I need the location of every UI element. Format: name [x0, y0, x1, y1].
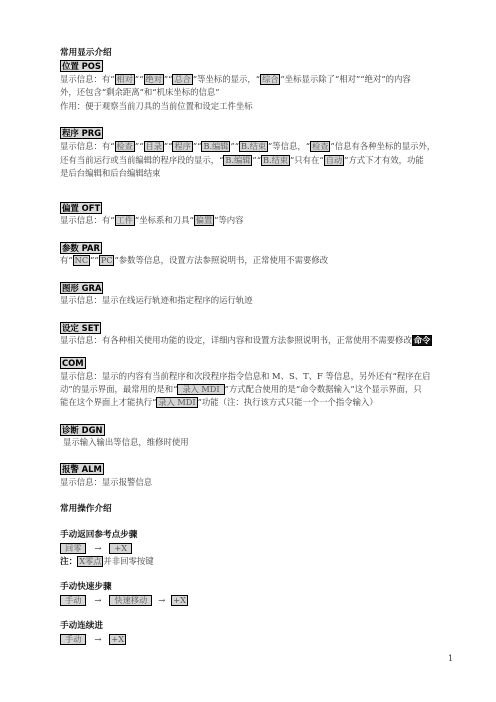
key-program: 程序: [172, 141, 192, 152]
header-gra: 图形 GRA: [60, 282, 103, 294]
key-plus-x: +X: [171, 595, 188, 606]
key-total: 总合: [172, 74, 192, 85]
key-manual: 手动: [60, 595, 86, 606]
header-set: 设定 SET: [60, 322, 101, 334]
key-offset: 偏置: [194, 215, 214, 226]
header-com: COM: [60, 357, 86, 369]
header-oft: 偏置 OFT: [60, 202, 102, 214]
com-line-1: 显示信息：显示的内容有当前程序和次段程序指令信息和 M、S、T、F 等信息，另外…: [60, 370, 430, 382]
com-line-3: 能在这个界面上才能执行“录入 MDI”功能（注：执行该方式只能一个一个指令输入）: [60, 396, 378, 408]
op2-title: 手动快速步骤: [60, 581, 112, 593]
arrow-right-icon: →: [94, 633, 101, 645]
key-plus-x: +X: [109, 543, 132, 554]
pos-line-3: 作用：便于观察当前刀具的当前位置和设定工件坐标: [60, 100, 253, 112]
key-nc: NC: [73, 255, 90, 266]
page-number: 1: [448, 654, 453, 663]
header-prg: 程序 PRG: [60, 127, 103, 139]
key-auto: 自动: [324, 155, 344, 166]
key-b-edit: B.编辑: [223, 155, 252, 166]
key-mdi-input: 录入 MDI: [156, 397, 197, 408]
key-command: 命令: [412, 335, 432, 346]
key-rapid-move: 快速移动: [109, 595, 152, 606]
par-line-1: 有“NC”“PC”参数等信息，设置方法参照说明书，正常使用不需要修改: [60, 254, 328, 266]
key-b-end: B.结束: [261, 155, 290, 166]
set-line-1: 显示信息：有各种相关使用功能的设定，详细内容和设置方法参照说明书，正常使用不需要…: [60, 334, 432, 346]
arrow-right-icon: →: [94, 594, 101, 606]
arrow-right-icon: →: [158, 594, 165, 606]
dgn-line-1: 显示输入输出等信息，维修时使用: [63, 436, 189, 448]
section-title-operations: 常用操作介绍: [60, 503, 112, 515]
header-dgn: 诊断 DGN: [60, 424, 105, 436]
gra-line-1: 显示信息：显示在线运行轨迹和指定程序的运行轨迹: [60, 294, 253, 306]
key-b-edit: B.编辑: [201, 141, 230, 152]
key-directory: 目录: [144, 141, 164, 152]
op3-keys: 手动→+X: [60, 633, 126, 645]
key-workpiece: 工件: [115, 215, 135, 226]
alm-line-1: 显示信息：显示报警信息: [60, 476, 152, 488]
header-alm: 报警 ALM: [60, 463, 104, 475]
key-check: 检查: [115, 141, 135, 152]
key-pc: PC: [99, 255, 115, 266]
com-line-2: 动”的显示界面，最常用的是和“录入 MDI”方式配合使用的是“命令数据输入”这个…: [60, 383, 422, 395]
prg-line-2: 还有当前运行或当前编辑的程序段的显示，“B.编辑”“B.结束”只有在“自动”方式…: [60, 154, 424, 166]
op3-title: 手动连续进: [60, 620, 103, 632]
key-mdi-input: 录入 MDI: [177, 384, 224, 395]
key-manual: 手动: [60, 634, 86, 645]
arrow-right-icon: →: [94, 542, 101, 554]
key-plus-x: +X: [109, 634, 126, 645]
section-title-display: 常用显示介绍: [60, 47, 112, 59]
key-relative: 相对: [115, 74, 135, 85]
pos-line-2: 外，还包含“剩余距离”和“机床坐标的信息”: [60, 86, 220, 98]
oft-line-1: 显示信息：有“工件”坐标系和刀具“偏置”等内容: [60, 214, 244, 226]
header-par: 参数 PAR: [60, 242, 102, 254]
header-pos: 位置 POS: [60, 60, 103, 72]
prg-line-1: 显示信息：有“检查”“目录”“程序”“B.编辑”“B.结束”等信息，“检查”信息…: [60, 140, 435, 152]
pos-line-1: 显示信息：有“相对”“绝对”“总合”等坐标的显示，“综合”坐标显示除了“相对”“…: [60, 73, 411, 85]
key-x-zero: X零点: [77, 556, 103, 567]
key-b-end: B.结束: [239, 141, 268, 152]
key-overall: 综合: [260, 74, 280, 85]
prg-line-3: 是后台编辑和后台编辑结束: [60, 167, 161, 179]
op1-note: 注：X零点并非回零按键: [60, 555, 154, 568]
op1-title: 手动返回参考点步骤: [60, 529, 137, 541]
op1-keys: 回零→+X: [60, 542, 132, 554]
key-absolute: 绝对: [144, 74, 164, 85]
key-home: 回零: [60, 543, 86, 554]
key-check: 检查: [310, 141, 330, 152]
op2-keys: 手动→快速移动→+X: [60, 594, 188, 606]
